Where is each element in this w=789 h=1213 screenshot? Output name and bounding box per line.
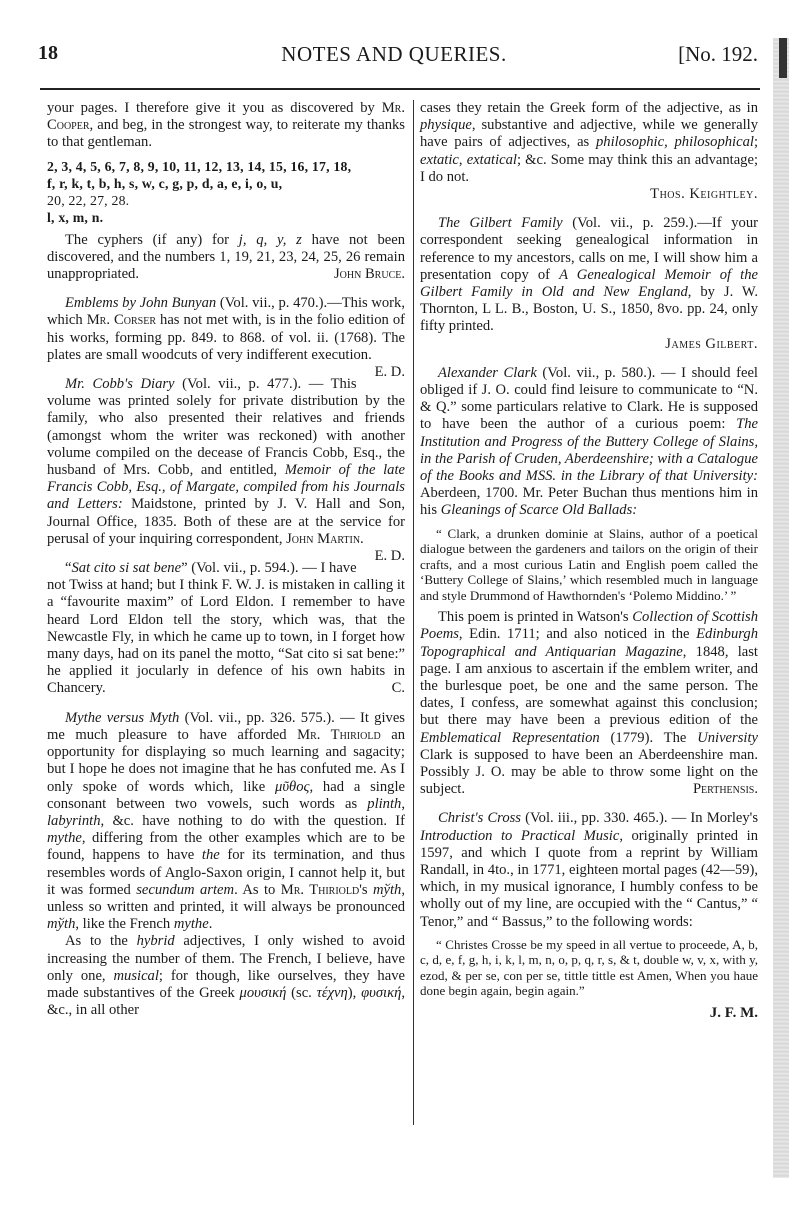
article-christs-cross: Christ's Cross (Vol. iii., pp. 330. 465.… xyxy=(420,810,758,930)
signature: John Bruce. xyxy=(316,266,405,283)
page-edge-shadow xyxy=(773,38,789,1178)
text: cases they retain the Greek form of the … xyxy=(420,100,758,116)
italic-text: the xyxy=(202,847,220,863)
cipher-row: 2, 3, 4, 5, 6, 7, 8, 9, 10, 11, 12, 13, … xyxy=(47,158,405,175)
article-title: Emblems by John Bunyan xyxy=(65,295,216,311)
book-title: Gleanings of Scarce Old Ballads: xyxy=(441,502,637,518)
signature: James Gilbert. xyxy=(420,336,758,353)
cipher-row: l, x, m, n. xyxy=(47,209,405,226)
text: This poem is printed in Watson's xyxy=(438,609,632,625)
cipher-row: f, r, k, t, b, h, s, w, c, g, p, d, a, e… xyxy=(47,175,405,192)
italic-text: University xyxy=(697,730,758,746)
italic-text: extatical xyxy=(467,152,517,168)
text: 's xyxy=(359,882,373,898)
reference: (Vol. vii., p. 580.). — xyxy=(537,365,681,381)
cipher-row: 20, 22, 27, 28. xyxy=(47,192,405,209)
greek-word: μῦθος xyxy=(275,779,309,795)
article-emblems: Emblems by John Bunyan (Vol. vii., p. 47… xyxy=(47,295,405,364)
italic-text: physique xyxy=(420,117,472,133)
signature: Thos. Keightley. xyxy=(420,186,758,203)
article-alexander-clark: Alexander Clark (Vol. vii., p. 580.). — … xyxy=(420,365,758,520)
text: I have not Twiss at hand; but I think F.… xyxy=(47,560,405,696)
reference: (Vol. iii., pp. 330. 465.). — xyxy=(521,810,690,826)
text: As to the xyxy=(65,933,137,949)
reference: (Vol. vii., p. 594.). — xyxy=(188,560,321,576)
intro-paragraph: your pages. I therefore give it you as d… xyxy=(47,100,405,152)
italic-text: labyrinth xyxy=(47,813,101,829)
signature: C. xyxy=(374,680,405,697)
signature: Perthensis. xyxy=(675,781,758,798)
text: . xyxy=(360,531,364,547)
italic-text: extatic xyxy=(420,152,459,168)
text: . As to xyxy=(234,882,281,898)
reference: (Vol. vii., pp. 326. 575.). — xyxy=(179,710,360,726)
cipher-table: 2, 3, 4, 5, 6, 7, 8, 9, 10, 11, 12, 13, … xyxy=(47,158,405,226)
cyphers-paragraph: The cyphers (if any) for j, q, y, z have… xyxy=(47,232,405,284)
italic-text: musical xyxy=(114,968,159,984)
text: ; xyxy=(754,134,758,150)
signature: E. D. xyxy=(357,364,405,381)
italic-text: j, q, y, z xyxy=(239,232,302,248)
greek-word: τέχνη xyxy=(317,985,348,1001)
article-title: Mr. Cobb's Diary xyxy=(65,376,175,392)
clark-paragraph-2: This poem is printed in Watson's Collect… xyxy=(420,609,758,798)
person-name: Mr. Corser xyxy=(87,312,156,328)
italic-text: hybrid xyxy=(137,933,175,949)
italic-text: secundum artem xyxy=(136,882,234,898)
article-title: Christ's Cross xyxy=(438,810,521,826)
hybrid-continuation: cases they retain the Greek form of the … xyxy=(420,100,758,186)
text: , Edin. 1711; and also noticed in the xyxy=(459,626,696,642)
article-mythe-versus-myth: Mythe versus Myth (Vol. vii., pp. 326. 5… xyxy=(47,710,405,934)
text: , xyxy=(459,152,467,168)
right-column: cases they retain the Greek form of the … xyxy=(420,100,758,1022)
text: , &c. have nothing to do with the questi… xyxy=(101,813,405,829)
text: . xyxy=(209,916,213,932)
italic-text: mythe xyxy=(174,916,209,932)
text: your pages. I therefore give it you as d… xyxy=(47,100,382,116)
text: (1779). The xyxy=(600,730,697,746)
greek-word: φυσική xyxy=(361,985,401,1001)
article-title: Mythe versus Myth xyxy=(65,710,179,726)
issue-number: [No. 192. xyxy=(678,42,758,67)
italic-text: philosophic, philosophical xyxy=(596,134,754,150)
text: The cyphers (if any) for xyxy=(65,232,239,248)
article-gilbert-family: The Gilbert Family (Vol. vii., p. 259.).… xyxy=(420,215,758,335)
article-title: The Gilbert Family xyxy=(438,215,563,231)
running-title: NOTES AND QUERIES. xyxy=(38,42,750,67)
italic-text: mўth xyxy=(373,882,401,898)
text: In Morley's xyxy=(690,810,758,826)
signature: E. D. xyxy=(357,548,405,565)
article-sat-cito: “Sat cito si sat bene” (Vol. vii., p. 59… xyxy=(47,560,405,698)
reference: (Vol. vii., p. 477.). — xyxy=(175,376,331,392)
signature: J. F. M. xyxy=(420,1005,758,1022)
block-quote: “ Clark, a drunken dominie at Slains, au… xyxy=(420,526,758,604)
block-quote: “ Christes Crosse be my speed in all ver… xyxy=(420,937,758,999)
book-title: Introduction to Practical Music xyxy=(420,828,619,844)
page-header: 18 NOTES AND QUERIES. [No. 192. xyxy=(38,38,750,78)
page-edge-binding xyxy=(779,38,787,78)
text: , and beg, in the strongest way, to reit… xyxy=(47,117,405,150)
text: , like the French xyxy=(75,916,173,932)
italic-text: plinth xyxy=(367,796,401,812)
column-divider xyxy=(413,100,414,1125)
hybrid-paragraph: As to the hybrid adjectives, I only wish… xyxy=(47,933,405,1019)
italic-text: mythe xyxy=(47,830,82,846)
reference: (Vol. vii., p. 259.).— xyxy=(563,215,712,231)
article-title: Alexander Clark xyxy=(438,365,537,381)
person-name: Mr. Thiriold xyxy=(281,882,359,898)
reference: (Vol. vii., p. 470.).— xyxy=(216,295,342,311)
article-cobb-diary: Mr. Cobb's Diary (Vol. vii., p. 477.). —… xyxy=(47,376,405,548)
text: (sc. xyxy=(286,985,316,1001)
italic-text: Emblematical Representation xyxy=(420,730,600,746)
greek-word: μουσική xyxy=(240,985,287,1001)
person-name: Mr. Thiriold xyxy=(297,727,381,743)
text: , xyxy=(401,796,405,812)
italic-text: mўth xyxy=(47,916,75,932)
left-column: your pages. I therefore give it you as d… xyxy=(47,100,405,1019)
article-title: Sat cito si sat bene xyxy=(71,560,181,576)
header-rule xyxy=(40,88,760,90)
person-name: John Martin xyxy=(286,531,360,547)
text: ), xyxy=(348,985,361,1001)
